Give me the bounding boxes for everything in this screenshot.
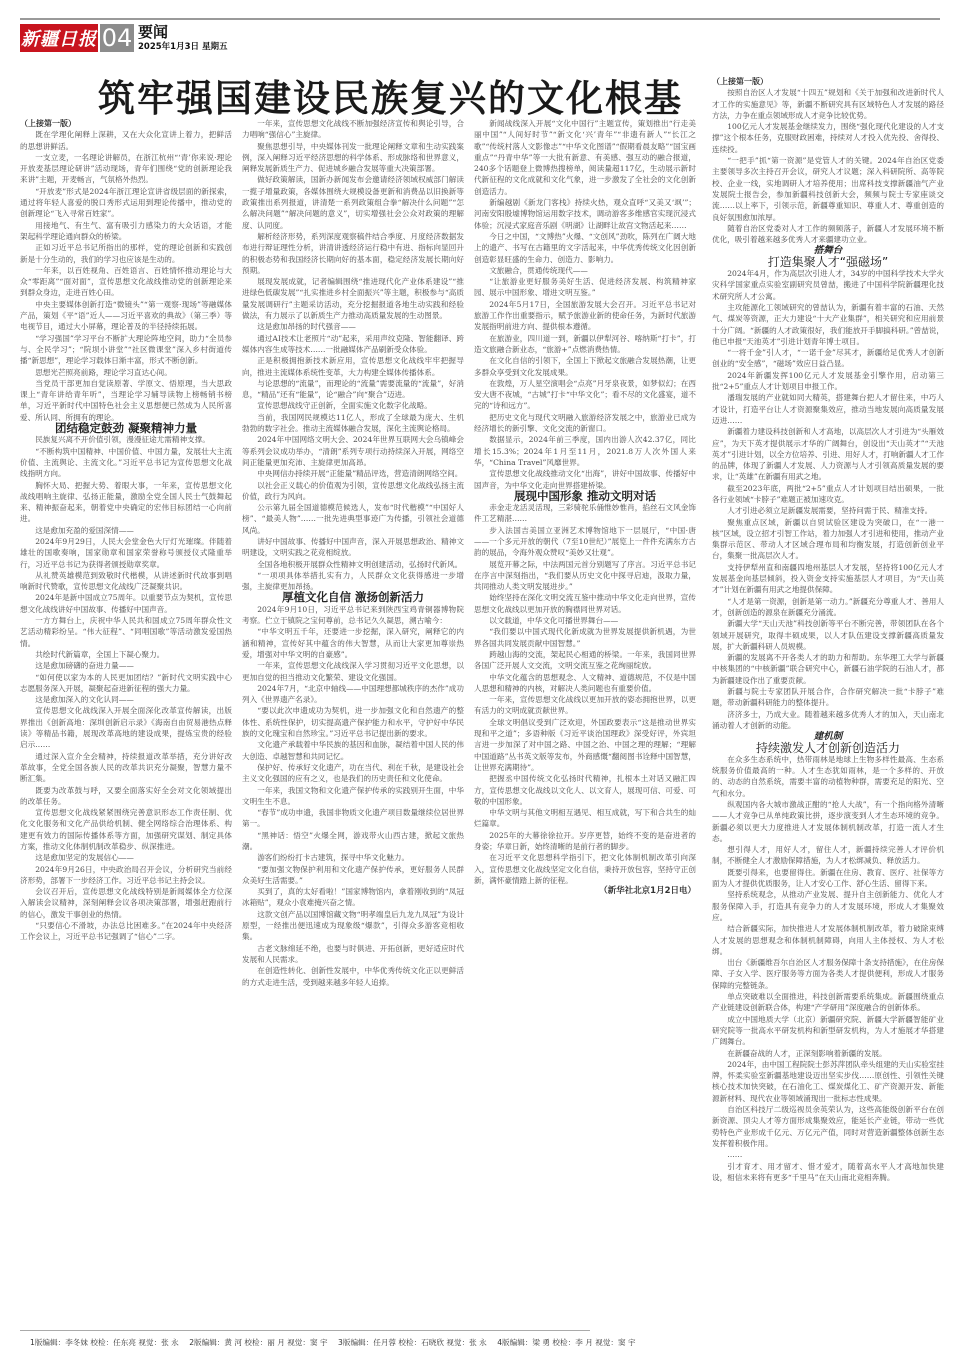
paragraph: 新闻战线深入开展“文化中国行”主题宣传，策划推出“行走美丽中国”“人间好时节”“… (474, 118, 696, 197)
article-left-column-1: （上接第一版） 既在学理化阐释上深耕，又在大众化宣讲上着力，把鲜活的思想讲鲜活。… (20, 118, 232, 1323)
top-rule (20, 18, 940, 20)
paragraph: 一年来，我国文物和文化遗产保护传承的实践别开生面，中华文明生生不息。 (242, 785, 464, 808)
paragraph: 新疆与院士专家团队开展合作，合作研究解决一批“卡脖子”难题，带动新疆科研能力的整… (712, 686, 944, 709)
paragraph: 坚持系统观念，从推动产业发展、提升自主创新能力、优化人才服务保障入手，打造具有竞… (712, 889, 944, 923)
paragraph: 胸怀大局、把握大势、着眼大事，一年来，宣传思想文化战线唱响主旋律、弘扬正能量，激… (20, 480, 232, 525)
paragraph: 共绘时代新篇章，全国上下凝心聚力。 (20, 649, 232, 660)
paragraph: 全国各地积极开展群众性精神文明创建活动，弘扬时代新风。 (242, 559, 464, 570)
paragraph: 支持伊犁州直和南疆四地州基层人才发展，坚持将100亿元人才发展基金向基层倾斜，投… (712, 562, 944, 596)
main-headline: 筑牢强国建设民族复兴的文化根基 (98, 68, 683, 122)
paragraph: 在众多生态系统中，热带雨林是地球上生物多样性最高、生态系统服务价值最高的一种。人… (712, 754, 944, 799)
paragraph: 通过AI技术让老照片“动”起来，采用声纹克隆、智能翻译、跨媒体内容生成等技术……… (242, 333, 464, 356)
paragraph: 结合新疆实际，加快推进人才发展体制机制改革，着力破除束缚人才发展的思想观念和体制… (712, 923, 944, 957)
continued-label: （上接第一版） (20, 118, 232, 129)
paragraph: 2025年的大幕徐徐拉开。岁序更替，始终不变的是奋进者的身姿；华章日新，始终清晰… (474, 830, 696, 853)
article-right-column: （上接第一版） 按照自治区人才发展“十四五”规划和《关于加强和改进新时代人才工作… (712, 76, 944, 1356)
paragraph: 这是愈加磅礴的奋进力量—— (20, 660, 232, 671)
paragraph: 2024年新疆发挥100亿元人才发展基金引擎作用，启动第三批“2+5”重点人才计… (712, 370, 944, 393)
paragraph: “我们要以中国式现代化新成就为世界发展提供新机遇，为世界各国共同发展贡献中国智慧… (474, 626, 696, 649)
paragraph: 在创造性转化、创新性发展中，中华优秀传统文化正以更鲜活的方式走进生活，受到越来越… (242, 965, 464, 988)
paragraph: 自治区科技厅二级巡视员余英荣认为，这些高能级创新平台在创新资源、顶尖人才等方面形… (712, 1104, 944, 1149)
paragraph: 既在学理化阐释上深耕，又在大众化宣讲上着力，把鲜活的思想讲鲜活。 (20, 129, 232, 152)
paragraph: “要加强文物保护利用和文化遗产保护传承，更好服务人民群众美好生活需要。” (242, 864, 464, 887)
paragraph: 全球文明倡议受到广泛欢迎，外国政要表示“这是推动世界实现和平之道”；多语种版《习… (474, 717, 696, 773)
paragraph: 2024年4月，作为高层次引进人才，34岁的中国科学技术大学火灾科学国家重点实验… (712, 268, 944, 302)
paragraph: 成立中国地质大学（北京）新疆研究院、新疆大学新疆智能矿业研究院等一批高水平研发机… (712, 1014, 944, 1048)
paragraph: “开放麦”形式是2024年浙江理论宣讲省级层面的新探索，通过将年轻人喜爱的脱口秀… (20, 186, 232, 220)
paragraph: 宣传思想文化战线紧紧围绕完善意识形态工作责任制、优化文化服务和文化产品供给机制、… (20, 807, 232, 852)
paragraph: 步入法国吉美国立亚洲艺术博物馆地下一层展厅，“中国·唐——一个多元开放的朝代（7… (474, 525, 696, 559)
paragraph: 数据显示，2024年前三季度，国内出游人次42.37亿，同比增长15.3%；20… (474, 434, 696, 468)
subhead-talent-vitality: 持续激发人才创新创造活力 (712, 743, 944, 754)
paragraph: 中央主要媒体创新打造“微镜头”“第一观察·现场”等融媒体产品，策划《平“语”近人… (20, 299, 232, 333)
paragraph: 人才引进必须立足新疆发展需要，坚持问需于民、精准支持。 (712, 505, 944, 516)
paragraph: 新疆着力建设科技创新和人才高地，以高层次人才引进为“头雁效应”，为天下英才提供展… (712, 426, 944, 482)
issue-date: 2025年1月3日 星期五 (138, 43, 227, 52)
paragraph: 解析经济形势，系列深度观察稿件结合季度、月度经济数据发布进行辩证理性分析，讲清讲… (242, 231, 464, 276)
paragraph: 民族复兴离不开价值引领，漫漫征途尤需精神支撑。 (20, 434, 232, 445)
paragraph: 在敦煌，万人星空演唱会“点亮”月牙泉夜景，如梦似幻；在西安大唐不夜城，“古城”打… (474, 378, 696, 412)
paragraph: 当前，我国网民规模达11亿人，形成了全球最为庞大、生机勃勃的数字社会。推动主流媒… (242, 412, 464, 435)
paragraph: 既要为改革鼓与呼，又要全面落实好全会对文化领域提出的改革任务。 (20, 785, 232, 808)
col3b-paragraphs: 赤金走龙活灵活现，三彩骑驼乐俑惟妙惟肖，掐丝石文风金饰件工艺精湛……步入法国吉美… (474, 502, 696, 886)
section-block: 要闻 2025年1月3日 星期五 (138, 24, 227, 52)
paragraph: 2024年中国网络文明大会、2024年世界互联网大会乌镇峰会等系列会议成功举办，… (242, 434, 464, 468)
paragraph: 聚焦重点区域，新疆以自贸试验区建设为突破口，在“一港一核”区域，设立招才引智工作… (712, 517, 944, 562)
subhead-talent-magnet: 打造集聚人才“强磁场” (712, 257, 944, 268)
paragraph: 新疆的发展离不开各类人才的助力和帮助。东华理工大学与新疆中核集团的“中核新疆”联… (712, 652, 944, 686)
paragraph: “一把手”抓“第一资源”是党管人才的关键。2024年自治区党委主要领导多次主持召… (712, 155, 944, 223)
paragraph: 中华文化蕴含的思想观念、人文精神、道德规范，不仅是中国人思想和精神的内核，对解决… (474, 672, 696, 695)
paragraph: 截至2023年底，两批“2+5”重点人才计划项目结出硕果，一批各行业领域“卡脖子… (712, 483, 944, 506)
col4c-paragraphs: 在众多生态系统中，热带雨林是地球上生物多样性最高、生态系统服务价值最高的一种。人… (712, 754, 944, 1149)
footer-rule (20, 1330, 590, 1331)
paragraph: “只要信心不滑坡，办法总比困难多。”在2024年中央经济工作会议上，习近平总书记… (20, 920, 232, 943)
credit-page-3: 3版编辑：任月蓉 校检：石晓欣 视觉：张 永 (338, 1338, 487, 1347)
paragraph: 2024年5月17日，全国旅游发展大会召开。习近平总书记对旅游工作作出重要指示，… (474, 299, 696, 333)
masthead: 新疆日报 04 要闻 2025年1月3日 星期五 (20, 24, 227, 52)
paragraph: 跨越山海的交流，架起民心相通的桥梁。一年来，我国同世界各国广泛开展人文交流，文明… (474, 649, 696, 672)
paragraph: 保护好、传承好文化遗产，功在当代、利在千秋，是建设社会主义文化强国的应有之义，也… (242, 762, 464, 785)
paragraph: 以社会正义载心的价值观为引领，宣传思想文化战线弘扬主流价值，政行为风向。 (242, 480, 464, 503)
newspaper-logo: 新疆日报 (20, 24, 98, 52)
paragraph: 与论思想的“流量”，而理论的“流量”需要流量的“流量”，好消息，“精品”还有“能… (242, 378, 464, 401)
paragraph: 文化遗产承载着中华民族的基因和血脉，凝结着中国人民的伟大创造、卓越智慧和共同记忆… (242, 739, 464, 762)
paragraph: 做好政策解读，国新办新闻发布会邀请经济领域权威部门解读一揽子增量政策，各媒体围绕… (242, 174, 464, 230)
col4b-paragraphs: 2024年4月，作为高层次引进人才，34岁的中国科学技术大学火灾科学国家重点实验… (712, 268, 944, 731)
paragraph: 会议召开后，宣传思想文化战线特别是新闻媒体全方位深入解读会议精神，深刻阐释会议各… (20, 886, 232, 920)
paragraph: 宣传思想文化战线深入开展全面深化改革宣传解读，出版界推出《创新高地：深圳创新启示… (20, 705, 232, 750)
paragraph: 济济多士，乃成大业。随着越来越多优秀人才的加入，天山南北涌动着人才创新的动能。 (712, 709, 944, 732)
paragraph: 新疆大学“天山天池”科技创新等平台不断完善，带领团队在各个领域开展研究，取得丰硕… (712, 618, 944, 652)
paragraph: 展现发展成就，记者编辑围绕“推进现代化产业体系建设”“推进绿色低碳发展”“扎实推… (242, 276, 464, 321)
paragraph: 2024年7月，“北京中轴线——中国理想都城秩序的杰作”成功列入《世界遗产名录》… (242, 683, 464, 706)
paragraph: 公示第九届全国道德模范候选人，发布“时代楷模”“中国好人榜”、“最美人物”……一… (242, 502, 464, 536)
article-left-column-3: 新闻战线深入开展“文化中国行”主题宣传，策划推出“行走美丽中国”“人间好时节”“… (474, 118, 696, 1323)
paragraph: 始终坚持在深化文明交流互鉴中推动中华文化走向世界，宣传思想文化战线以更加开放的胸… (474, 592, 696, 615)
paragraph: 这是愈加充盈的爱国深情—— (20, 525, 232, 536)
paragraph: 2024年9月26日，中央政治局召开会议，分析研究当前经济形势，部署下一步经济工… (20, 864, 232, 887)
paragraph: 古老文脉绵延不绝，也要与时俱进、开拓创新，更好适应时代发展和人民需求。 (242, 943, 464, 966)
paragraph: 中央网信办持续开展“正能量”精品评选，营造清朗网络空间。 (242, 468, 464, 479)
paragraph: 从礼赞英雄模范到致敬时代楷模，从讲述新时代故事到唱响新时代赞歌，宣传思想文化战线… (20, 570, 232, 593)
paragraph: “人才是第一资源，创新是第一动力。”新疆充分尊重人才、善用人才，创新创造的源泉在… (712, 596, 944, 619)
paragraph: 买到了，真的太好看啦！”国家博物馆内，拿着刚收到的“凤冠冰箱贴”，观众小袁难掩兴… (242, 886, 464, 909)
paragraph: 一支立麦，一名理论讲解员，在浙江杭州“‘青’你来说·理论开放麦基层理论研讲”活动… (20, 152, 232, 186)
paragraph: 按照自治区人才发展“十四五”规划和《关于加强和改进新时代人才工作的实施意见》等，… (712, 87, 944, 121)
paragraph: 主攻能源化工领域研究的曾喆认为，新疆有着丰富的石油、天然气、煤炭等资源，正大力建… (712, 302, 944, 347)
paragraph: 这是愈加坚定的发展信心—— (20, 852, 232, 863)
paragraph: “春节”成功申遗，我国非物质文化遗产项目数量继续位居世界第一。 (242, 807, 464, 830)
paragraph: 一方方舞台上，庆祝中华人民共和国成立75周年群众性文艺活动精彩纷呈。“伟大征程”… (20, 615, 232, 649)
paragraph: 把握丞中国传统文化弘扬时代精神，扎根本土对话又融汇四方，宣传思想文化战线以文化人… (474, 773, 696, 807)
paragraph: 单点突破难以全面推进，科技创新需要系统集成。新疆围绕重点产业链建设创新联合体，构… (712, 991, 944, 1014)
paragraph: 游客们纷纷打卡古建筑，探寻中华文化魅力。 (242, 852, 464, 863)
paragraph: 当党员干部更加自觉读原著、学原文、悟原理，当大思政课上“青年讲给青年听”，当理论… (20, 378, 232, 423)
paragraph: “一项项具体举措扎实有力，人民群众文化获得感进一步增强，主旋律更加昂扬。 (242, 570, 464, 593)
dateline: （新华社北京1月2日电） (474, 886, 696, 897)
paragraph: 这是愈加昂扬的时代强音—— (242, 321, 464, 332)
paragraph: 思想光芒照亮前路，理论学习直达心间。 (20, 367, 232, 378)
paragraph: “学习强国”学习平台不断扩大理论阵地空间，助力“全员参与、全民学习”；“院坝小讲… (20, 333, 232, 367)
paragraph: 把历史文化与现代文明融入旅游经济发展之中，旅游业已成为经济增长的新引擎、文化交流… (474, 412, 696, 435)
closing-paragraph: 引才育才、用才留才、惜才爱才，随着高水平人才高地加快建设，相信未来将有更多“千里… (712, 1161, 944, 1184)
paragraph: 一年来，宣传思想文化战线不断加强经济宣传和舆论引导，合力唱响“强信心”主旋律。 (242, 118, 464, 141)
paragraph: 100亿元人才发展基金继续发力，围绕“强化现代化建设的人才支撑”这个根本任务，克… (712, 121, 944, 155)
ellipsis: …… (712, 1149, 944, 1160)
paragraph: 聚焦思想引导，中央媒体刊发一批理论阐释文章和生动实践案例，深入阐释习近平经济思想… (242, 141, 464, 175)
paragraph: 随着自治区党委对人才工作的频频落子，新疆人才发展环境不断优化，吸引着越来越多优秀… (712, 223, 944, 246)
paragraph: “一将千金”引人才，“一诺千金”尽其才，新疆给足优秀人才创新创业的“安全感”，“… (712, 347, 944, 370)
paragraph: 新编越剧《新龙门客栈》持续火热，观众直呼“又美又‘飒’”；河南安阳殷墟博物馆运用… (474, 197, 696, 231)
paragraph: 宣传思想文化战线推动文化“出海”，讲好中国故事、传播好中国声音，为中华文化走向世… (474, 468, 696, 491)
paragraph: 纵观国内各大城市激战正酣的“抢人大战”，有一个指向格外清晰——人才竞争已从单纯政… (712, 799, 944, 844)
paragraph: 2024年是新中国成立75周年。以重要节点为契机，宣传思想文化战线讲好中国故事、… (20, 592, 232, 615)
paragraph: 一年来，以百姓视角、百姓语言、百姓情怀推动理论与大众“零距离”“面对面”，宣传思… (20, 265, 232, 299)
paragraph: 想引得人才，用好人才，留住人才，新疆持续完善人才评价机制，不断健全人才激励保障措… (712, 844, 944, 867)
col2-paragraphs: 一年来，宣传思想文化战线不断加强经济宣传和舆论引导，合力唱响“强信心”主旋律。聚… (242, 118, 464, 592)
paragraph: “如何使以家为本的人民更加团结？”新时代文明实践中心志愿服务深入开展，凝聚起奋进… (20, 672, 232, 695)
col1b-paragraphs: 民族复兴离不开价值引领，漫漫征途尤需精神支撑。“不断构筑中国精神、中国价值、中国… (20, 434, 232, 942)
subhead-china-image: 展现中国形象 推动文明对话 (474, 491, 696, 502)
editor-credits: 1版编辑：李冬妹 校检：任东亮 视觉：张 永 2版编辑：黄 河 校检：丽 月 视… (30, 1337, 644, 1348)
subhead-cultural-confidence: 厚植文化自信 激扬创新活力 (242, 592, 464, 603)
paragraph: “黑神话：悟空”火爆全网，游戏带火山西古建，掀起文旅热潮。 (242, 830, 464, 853)
paragraph: 既要引得来，也要留得住。新疆在住房、教育、医疗、社保等方面为人才提供优质服务，让… (712, 867, 944, 890)
paragraph: 在旅游业，四川道一到，新疆以伊犁河谷、喀纳斯“打卡”，打造文旅融合新业态，“旅游… (474, 333, 696, 356)
paragraph: 以文载道，中华文化可播世界舞台—— (474, 615, 696, 626)
paragraph: 在新疆奋战的人才，正深刻影响着新疆的发展。 (712, 1048, 944, 1059)
paragraph: 这款文创产品以国博馆藏文物“明孝端皇后九龙九凤冠”为设计原型，一经推出便迅速成为… (242, 909, 464, 943)
paragraph: 通过深入宣介全会精神，持续报道改革举措，充分讲好改革故事，全党全国各族人民的改革… (20, 751, 232, 785)
paragraph: “中华文明五千年，还要进一步挖掘，深入研究，阐释它的内涵和精神，宣传好其中蕴含的… (242, 626, 464, 660)
col1-paragraphs: 既在学理化阐释上深耕，又在大众化宣讲上着力，把鲜活的思想讲鲜活。一支立麦，一名理… (20, 129, 232, 423)
col3-paragraphs: 新闻战线深入开展“文化中国行”主题宣传，策划推出“行走美丽中国”“人间好时节”“… (474, 118, 696, 491)
paragraph: 正是积极拥抱新技术新应用，宣传思想文化战线牢牢把握导向，推进主流媒体系统性变革，… (242, 355, 464, 378)
paragraph: 今日之中国，“文博热”火爆、“文创风”劲吹，陈列在广阔大地上的遗产、书写在古籍里… (474, 231, 696, 265)
subhead-unity: 团结稳定鼓劲 凝聚精神力量 (20, 423, 232, 434)
paragraph: 在习近平文化思想科学指引下，把文化体制机制改革引向深入，宣传思想文化战线坚定文化… (474, 852, 696, 886)
col2b-paragraphs: 2024年9月10日，习近平总书记来到陕西宝鸡青铜器博物院考察。伫立于镇院之宝何… (242, 604, 464, 988)
paragraph: 潘瑞发展的产业就如同大精英，搭建舞台把人才留住来，中巧人才设计，打造平台让人才资… (712, 392, 944, 426)
paragraph: 2024年9月29日，人民大会堂金色大厅灯光璀璨。伴随着雄壮的国歌奏响，国家勋章… (20, 536, 232, 570)
paragraph: 用接地气、有生气、富有吸引力感染力的大众话语，才能架起科学理论通向群众的桥梁。 (20, 220, 232, 243)
paragraph: 2024年，由中国工程院院士彭苏萍团队牵头组建的天山实验室挂牌，怀柔实验室新疆基… (712, 1059, 944, 1104)
paragraph: 宣传思想战线守正创新，全面实施文化数字化战略。 (242, 400, 464, 411)
paragraph: 2024年9月10日，习近平总书记来到陕西宝鸡青铜器博物院考察。伫立于镇院之宝何… (242, 604, 464, 627)
col4-paragraphs: 按照自治区人才发展“十四五”规划和《关于加强和改进新时代人才工作的实施意见》等，… (712, 87, 944, 245)
paragraph: 展览开幕之际，中法两国元首分别题写了序言。习近平总书记在序言中深刻指出，“我们要… (474, 559, 696, 593)
paragraph: 讲好中国故事、传播好中国声音，深入开展思想政治、精神文明建设，文明实践之花竞相绽… (242, 536, 464, 559)
right-continued-label: （上接第一版） (712, 76, 944, 87)
credit-page-4: 4版编辑：梁 勇 校检：李 月 视觉：窦 宇 (497, 1338, 635, 1347)
paragraph: 在文化自信的引领下，全国上下掀起文旅融合发展热潮，让更多群众享受到文化发展成果。 (474, 355, 696, 378)
article-left-column-2: 一年来，宣传思想文化战线不断加强经济宣传和舆论引导，合力唱响“强信心”主旋律。聚… (242, 118, 464, 1323)
paragraph: 正如习近平总书记所指出的那样，党的理论创新和实践创新是十分生动的，我们的学习也应… (20, 242, 232, 265)
paragraph: “让旅游业更好服务美好生活、促进经济发展、构筑精神家园、展示中国形象、增进文明互… (474, 276, 696, 299)
paragraph: 一年来，宣传思想文化战线以更加开放的姿态拥抱世界，以更有活力的文明成就贡献世界。 (474, 694, 696, 717)
paragraph: 中华文明与其他文明相互遇见、相互成就，写下和合共生的灿烂篇章。 (474, 807, 696, 830)
paragraph: “不断构筑中国精神、中国价值、中国力量，发展壮大主流价值、主流舆论、主流文化。”… (20, 446, 232, 480)
paragraph: 一年来，宣传思想文化战线深入学习贯彻习近平文化思想，以更加自觉的担当推动文化繁荣… (242, 660, 464, 683)
paragraph: 文旅融合，贯通传统现代—— (474, 265, 696, 276)
section-name: 要闻 (138, 25, 227, 40)
paragraph: 赤金走龙活灵活现，三彩骑驼乐俑惟妙惟肖，掐丝石文风金饰件工艺精湛…… (474, 502, 696, 525)
page-number: 04 (100, 24, 134, 52)
paragraph: 出台《新疆维吾尔自治区人才服务保障十条支持措施》，在住房保障、子女入学、医疗服务… (712, 957, 944, 991)
credit-page-1: 1版编辑：李冬妹 校检：任东亮 视觉：张 永 (30, 1338, 179, 1347)
paragraph: “要以此次申遗成功为契机，进一步加强文化和自然遗产的整体性、系统性保护，切实提高… (242, 705, 464, 739)
paragraph: 这是愈加深入的文化认同—— (20, 694, 232, 705)
credit-page-2: 2版编辑：黄 河 校检：丽 月 视觉：窦 宇 (189, 1338, 327, 1347)
